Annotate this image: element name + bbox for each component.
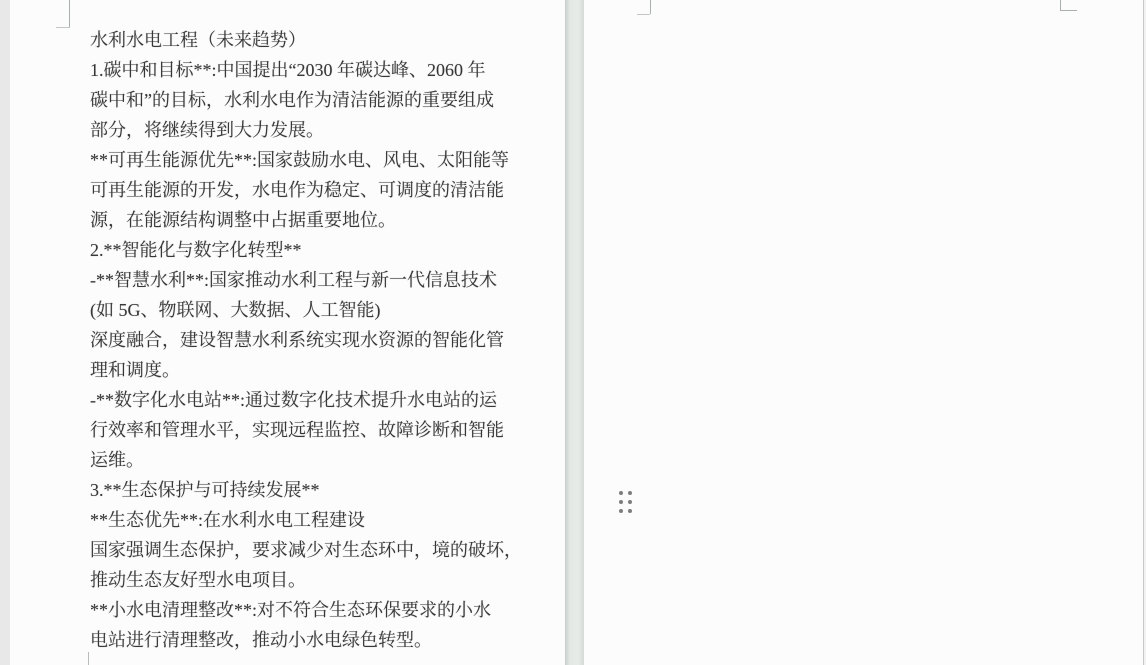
text-line: 3.**生态保护与可持续发展** [90, 475, 570, 505]
drag-handle-dot [619, 500, 623, 504]
page-gutter [565, 0, 584, 665]
text-boundary-mark-icon [56, 27, 70, 28]
text-line: 国家强调生态保护，要求减少对生态环中，境的破坏， [90, 535, 570, 565]
text-boundary-mark-icon [1060, 10, 1077, 11]
text-line: 深度融合，建设智慧水利系统实现水资源的智能化管 [90, 325, 570, 355]
text-line: 电站进行清理整改，推动小水电绿色转型。 [90, 625, 570, 655]
text-line: 推动生态友好型水电项目。 [90, 565, 570, 595]
drag-handle-dot [628, 491, 632, 495]
drag-handle-icon[interactable] [619, 491, 632, 513]
text-line: 1.碳中和目标**:中国提出“2030 年碳达峰、2060 年 [90, 55, 570, 85]
text-line: 2.**智能化与数字化转型** [90, 235, 570, 265]
text-boundary-mark-icon [637, 14, 650, 15]
text-line: 运维。 [90, 445, 570, 475]
text-boundary-mark-icon [650, 0, 651, 14]
text-line: 理和调度。 [90, 355, 570, 385]
text-line: 可再生能源的开发，水电作为稳定、可调度的清洁能 [90, 175, 570, 205]
text-boundary-mark-icon [88, 652, 89, 665]
text-line: **可再生能源优先**:国家鼓励水电、风电、太阳能等 [90, 145, 570, 175]
drag-handle-dot [628, 500, 632, 504]
text-line: **小水电清理整改**:对不符合生态环保要求的小水 [90, 595, 570, 625]
text-line: -**数字化水电站**:通过数字化技术提升水电站的运 [90, 385, 570, 415]
left-page-text-column: 水利水电工程（未来趋势） 1.碳中和目标**:中国提出“2030 年碳达峰、20… [90, 25, 570, 655]
drag-handle-dot [619, 509, 623, 513]
text-line: -**智慧水利**:国家推动水利工程与新一代信息技术 [90, 265, 570, 295]
text-line: (如 5G、物联网、大数据、人工智能) [90, 295, 570, 325]
document-page-right: 4.**区域协调发展与重大工程** **西部大开发**:中国西部地区水资源丰富，… [584, 0, 1143, 665]
text-line: 碳中和”的目标，水利水电作为清洁能源的重要组成 [90, 85, 570, 115]
text-boundary-mark-icon [69, 0, 70, 27]
text-line: 源，在能源结构调整中占据重要地位。 [90, 205, 570, 235]
canvas-left-margin [0, 0, 10, 665]
drag-handle-dot [619, 491, 623, 495]
drag-handle-dot [628, 509, 632, 513]
document-canvas: 水利水电工程（未来趋势） 1.碳中和目标**:中国提出“2030 年碳达峰、20… [0, 0, 1146, 665]
text-line: 行效率和管理水平，实现远程监控、故障诊断和智能 [90, 415, 570, 445]
document-page-left: 水利水电工程（未来趋势） 1.碳中和目标**:中国提出“2030 年碳达峰、20… [10, 0, 565, 665]
text-line: **生态优先**:在水利水电工程建设 [90, 505, 570, 535]
text-line: 部分，将继续得到大力发展。 [90, 115, 570, 145]
page-title: 水利水电工程（未来趋势） [90, 25, 570, 55]
